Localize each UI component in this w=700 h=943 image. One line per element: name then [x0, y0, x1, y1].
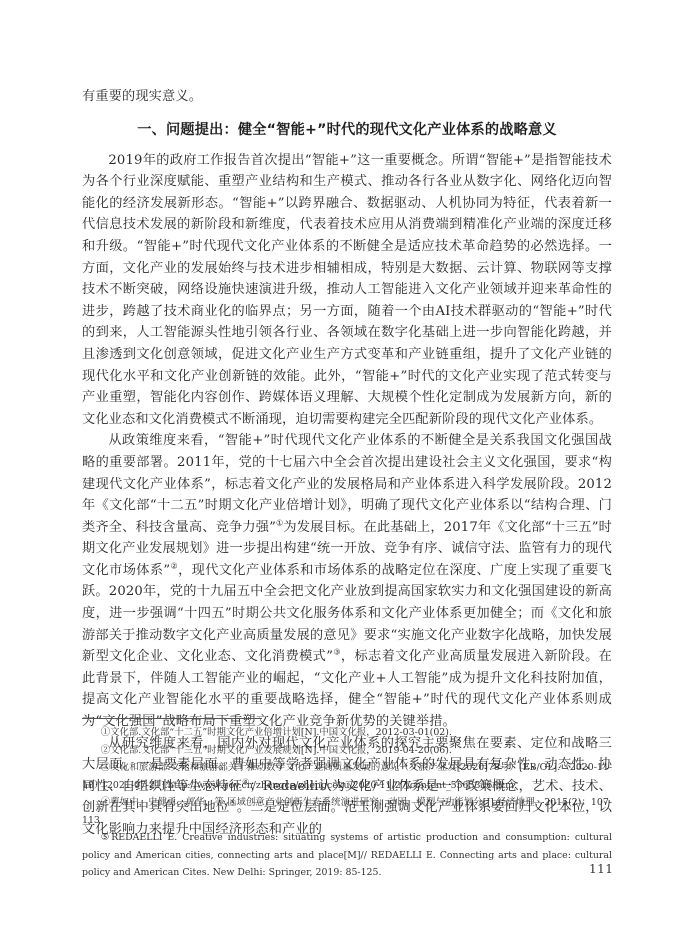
paragraph-policy-dimension: 从政策维度来看，“智能+”时代现代文化产业体系的不断健全是关系我国文化强国战略的… — [82, 430, 612, 732]
footnote-5: ⑤REDAELLI E. Creative industries: situat… — [82, 829, 612, 882]
footnote-1: ①文化部.文化部“十二五”时期文化产业倍增计划[N].中国文化报，2012-03… — [82, 724, 612, 742]
paragraph-intelligence-plus: 2019年的政府工作报告首次提出“智能+”这一重要概念。所谓“智能+”是指智能技… — [82, 150, 612, 431]
footnote-3: ③文化和旅游部.文化和旅游部关于推动数字文化产业高质量发展的意见（文旅产业发[2… — [82, 759, 612, 794]
footnote-4: ④曹如中，史健勇，郭华，等.区域创意产业创新生态系统演进研究：动因、模型与功能划… — [82, 794, 612, 829]
continued-text-line: 有重要的现实意义。 — [82, 86, 612, 108]
footnote-reference[interactable]: ① — [276, 518, 283, 527]
footnote-divider — [82, 718, 262, 719]
footnotes: ①文化部.文化部“十二五”时期文化产业倍增计划[N].中国文化报，2012-03… — [82, 724, 612, 882]
footnote-2: ②文化部.文化部“十三五”时期文化产业发展规划[N].中国文化报，2019-04… — [82, 742, 612, 760]
page-number: 111 — [589, 862, 613, 876]
footnote-reference[interactable]: ② — [170, 561, 178, 570]
footnote-reference[interactable]: ③ — [333, 648, 341, 657]
section-heading: 一、问题提出：健全“智能+”时代的现代文化产业体系的战略意义 — [82, 120, 612, 140]
